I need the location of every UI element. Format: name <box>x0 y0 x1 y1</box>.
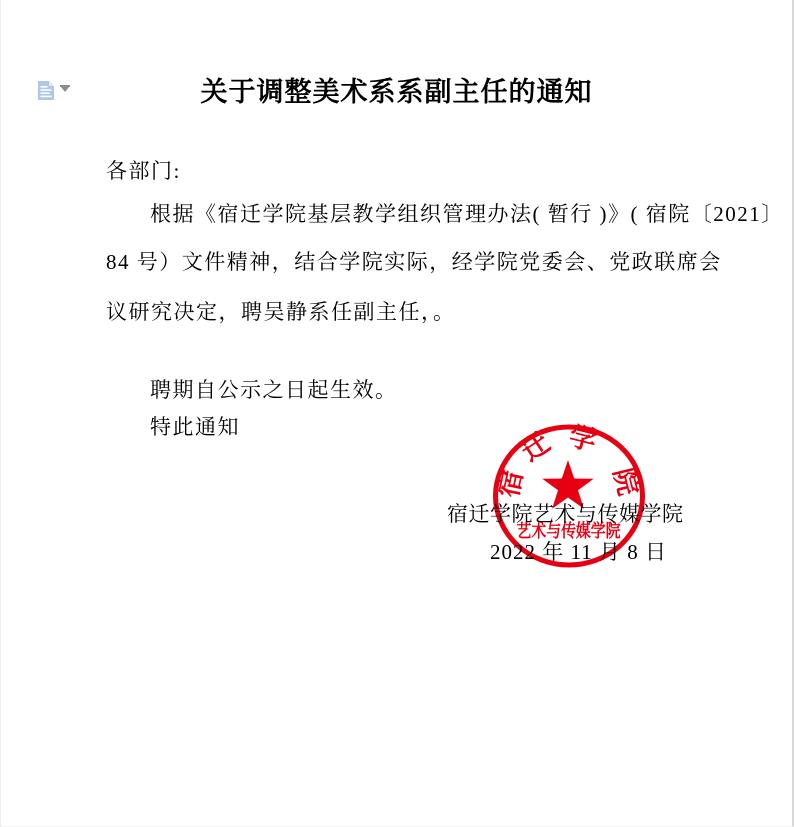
seal-arc-char: 迁 <box>516 427 555 467</box>
body-line: 根据《宿迁学院基层教学组织管理办法( 暂行 )》( 宿院〔2021〕 <box>150 203 784 225</box>
notice-title: 关于调整美术系系副主任的通知 <box>1 70 792 109</box>
closing-line: 特此通知 <box>150 416 240 438</box>
seal-arc-char: 院 <box>608 465 644 498</box>
date-line: 2022 年 11 月 8 日 <box>490 541 667 563</box>
document-page: 关于调整美术系系副主任的通知 各部门: 根据《宿迁学院基层教学组织管理办法( 暂… <box>0 0 794 827</box>
closing-line: 聘期自公示之日起生效。 <box>150 379 398 401</box>
seal-arc-char: 宿 <box>493 467 528 500</box>
seal-arc-char: 学 <box>566 422 599 457</box>
body-line: 议研究决定，聘吴静系任副主任，。 <box>106 301 456 323</box>
body-line: 84 号）文件精神，结合学院实际，经学院党委会、党政联席会 <box>106 251 722 273</box>
salutation: 各部门: <box>106 160 181 182</box>
signature-line: 宿迁学院艺术与传媒学院 <box>447 503 684 525</box>
